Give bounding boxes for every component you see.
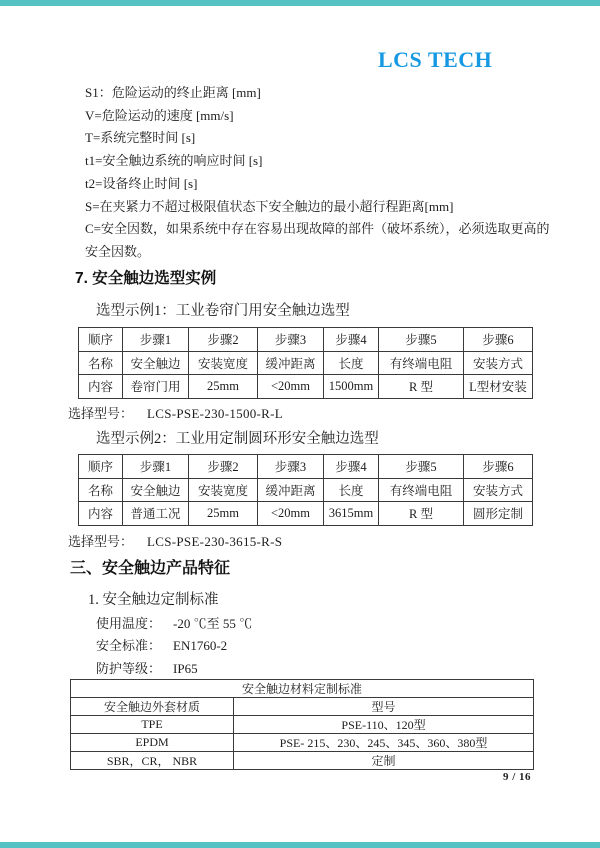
table-row: 名称 安全触边 安装宽度 缓冲距离 长度 有终端电阻 安装方式	[79, 478, 533, 502]
table-row: 安全触边材料定制标准	[71, 680, 534, 698]
table-cell: 安全触边	[123, 478, 189, 502]
table-row: 内容 普通工况 25mm <20mm 3615mm R 型 圆形定制	[79, 502, 533, 526]
table-cell: PSE- 215、230、245、345、360、380型	[234, 734, 534, 752]
spec-line: 防护等级：IP65	[96, 658, 252, 680]
section-7-heading: 7. 安全触边选型实例	[75, 266, 216, 288]
table-cell: 卷帘门用	[123, 375, 189, 399]
table-cell: TPE	[71, 716, 234, 734]
spec-line: 使用温度：-20 ℃至 55 ℃	[96, 613, 252, 635]
definition-line: t2=设备终止时间 [s]	[85, 173, 550, 196]
table-cell: 圆形定制	[464, 502, 533, 526]
table-cell: 步骤3	[258, 328, 324, 352]
table-cell: 步骤2	[189, 455, 258, 479]
spec-label: 防护等级：	[96, 661, 161, 676]
company-logo: LCS TECH	[378, 47, 492, 73]
spec-label: 安全标准：	[96, 638, 161, 653]
table-cell: 25mm	[189, 502, 258, 526]
spec-value: IP65	[173, 661, 198, 676]
table-cell: 内容	[79, 502, 123, 526]
table-cell: 有终端电阻	[379, 351, 464, 375]
table-cell: 顺序	[79, 455, 123, 479]
table-cell: L型材安装	[464, 375, 533, 399]
table-cell: 安装方式	[464, 478, 533, 502]
table-row: EPDM PSE- 215、230、245、345、360、380型	[71, 734, 534, 752]
table-cell: SBR，CR， NBR	[71, 752, 234, 770]
table-cell: PSE-110、120型	[234, 716, 534, 734]
model-value: LCS-PSE-230-3615-R-S	[147, 534, 282, 549]
table-cell: 步骤6	[464, 455, 533, 479]
table-cell: 长度	[324, 478, 379, 502]
table-cell: 步骤5	[379, 455, 464, 479]
table-cell: 步骤1	[123, 328, 189, 352]
table-row: 顺序 步骤1 步骤2 步骤3 步骤4 步骤5 步骤6	[79, 328, 533, 352]
spec-value: -20 ℃至 55 ℃	[173, 616, 252, 631]
table-cell: 长度	[324, 351, 379, 375]
subsection-1-heading: 1. 安全触边定制标准	[88, 588, 219, 609]
example-2-table: 顺序 步骤1 步骤2 步骤3 步骤4 步骤5 步骤6 名称 安全触边 安装宽度 …	[78, 454, 533, 526]
table-cell: 步骤5	[379, 328, 464, 352]
table-cell: EPDM	[71, 734, 234, 752]
bottom-accent-bar	[0, 842, 600, 848]
table-cell: 名称	[79, 351, 123, 375]
table-cell: 步骤1	[123, 455, 189, 479]
top-accent-bar	[0, 0, 600, 6]
spec-label: 使用温度：	[96, 616, 161, 631]
table-cell: 名称	[79, 478, 123, 502]
table-title-cell: 安全触边材料定制标准	[71, 680, 534, 698]
table-header-cell: 型号	[234, 698, 534, 716]
example-1-title: 选型示例1：工业卷帘门用安全触边选型	[96, 299, 350, 320]
section-3-heading: 三、安全触边产品特征	[70, 555, 230, 578]
document-page: { "theme": { "edge_bar_color": "#56c2c4"…	[0, 0, 600, 848]
spec-list: 使用温度：-20 ℃至 55 ℃ 安全标准：EN1760-2 防护等级：IP65	[96, 613, 252, 680]
definition-line: t1=安全触边系统的响应时间 [s]	[85, 150, 550, 173]
table-cell: 3615mm	[324, 502, 379, 526]
table-row: 顺序 步骤1 步骤2 步骤3 步骤4 步骤5 步骤6	[79, 455, 533, 479]
example-2-title: 选型示例2：工业用定制圆环形安全触边选型	[96, 427, 379, 448]
model-label: 选择型号：	[68, 534, 133, 549]
table-cell: 步骤4	[324, 328, 379, 352]
table-cell: 顺序	[79, 328, 123, 352]
definition-line: T=系统完整时间 [s]	[85, 127, 550, 150]
table-row: 内容 卷帘门用 25mm <20mm 1500mm R 型 L型材安装	[79, 375, 533, 399]
table-cell: 安装宽度	[189, 478, 258, 502]
table-row: SBR，CR， NBR 定制	[71, 752, 534, 770]
table-row: 名称 安全触边 安装宽度 缓冲距离 长度 有终端电阻 安装方式	[79, 351, 533, 375]
material-standard-table: 安全触边材料定制标准 安全触边外套材质 型号 TPE PSE-110、120型 …	[70, 679, 534, 770]
table-cell: 缓冲距离	[258, 351, 324, 375]
table-cell: <20mm	[258, 502, 324, 526]
definition-line: C=安全因数，如果系统中存在容易出现故障的部件（破坏系统），必须选取更高的	[85, 218, 550, 241]
table-row: 安全触边外套材质 型号	[71, 698, 534, 716]
table-cell: R 型	[379, 502, 464, 526]
model-label: 选择型号：	[68, 406, 133, 421]
table-cell: 安装宽度	[189, 351, 258, 375]
model-selection-1: 选择型号：LCS-PSE-230-1500-R-L	[68, 403, 283, 422]
table-cell: <20mm	[258, 375, 324, 399]
table-cell: 内容	[79, 375, 123, 399]
definition-line-continuation: 安全因数。	[85, 241, 550, 264]
definitions-list: S1：危险运动的终止距离 [mm] V=危险运动的速度 [mm/s] T=系统完…	[85, 82, 550, 264]
model-value: LCS-PSE-230-1500-R-L	[147, 406, 283, 421]
definition-line: S=在夹紧力不超过极限值状态下安全触边的最小超行程距离[mm]	[85, 196, 550, 219]
table-cell: 缓冲距离	[258, 478, 324, 502]
table-cell: 有终端电阻	[379, 478, 464, 502]
definition-line: V=危险运动的速度 [mm/s]	[85, 105, 550, 128]
table-cell: 普通工况	[123, 502, 189, 526]
example-1-table: 顺序 步骤1 步骤2 步骤3 步骤4 步骤5 步骤6 名称 安全触边 安装宽度 …	[78, 327, 533, 399]
table-cell: 安装方式	[464, 351, 533, 375]
table-cell: 安全触边	[123, 351, 189, 375]
table-cell: 步骤6	[464, 328, 533, 352]
table-row: TPE PSE-110、120型	[71, 716, 534, 734]
table-cell: 定制	[234, 752, 534, 770]
definition-line: S1：危险运动的终止距离 [mm]	[85, 82, 550, 105]
spec-value: EN1760-2	[173, 638, 227, 653]
page-number: 9 / 16	[503, 771, 531, 783]
table-cell: 1500mm	[324, 375, 379, 399]
table-cell: 步骤4	[324, 455, 379, 479]
spec-line: 安全标准：EN1760-2	[96, 635, 252, 657]
table-cell: 步骤2	[189, 328, 258, 352]
model-selection-2: 选择型号：LCS-PSE-230-3615-R-S	[68, 531, 282, 550]
table-cell: R 型	[379, 375, 464, 399]
table-header-cell: 安全触边外套材质	[71, 698, 234, 716]
table-cell: 步骤3	[258, 455, 324, 479]
table-cell: 25mm	[189, 375, 258, 399]
